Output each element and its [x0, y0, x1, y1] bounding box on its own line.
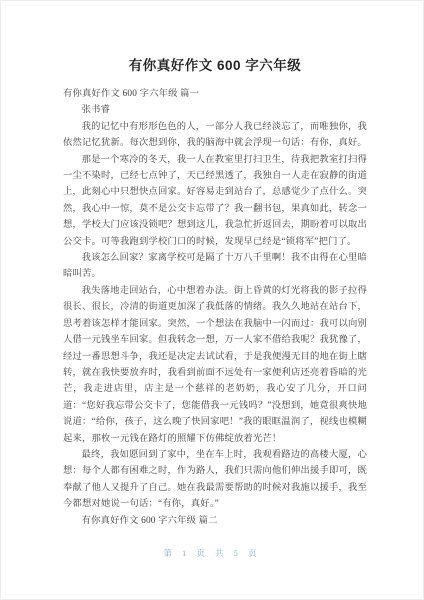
essay-paragraph: 我的记忆中有形形色色的人，一部分人我已经淡忘了，而唯独你，我依然记忆犹新。每次想… — [63, 119, 367, 152]
page-title: 有你真好作文 600 字六年级 — [63, 57, 367, 75]
section-heading-part1: 有你真好作文 600 字六年级 篇一 — [63, 86, 367, 102]
page-number-indicator: 第 1 页 共 5 页 — [1, 547, 423, 559]
essay-paragraph: 最终，我如愿回到了家中，坐在车上时，我观看路边的高楼大厦，心想：每个人都有困难之… — [63, 447, 367, 513]
section-heading-part2: 有你真好作文 600 字六年级 篇二 — [63, 513, 367, 529]
essay-paragraph: 那是一个寒冷的冬天，我一人在教室里打扫卫生，待我把教室打扫得一尘不染时，已经七点… — [63, 152, 367, 250]
author-name: 张书睿 — [63, 102, 367, 118]
essay-paragraph: 我该怎么回家？家离学校可是隔了十万八千里啊！我不由得在心里暗暗叫苦。 — [63, 250, 367, 283]
document-page: 有你真好作文 600 字六年级 有你真好作文 600 字六年级 篇一 张书睿 我… — [0, 0, 424, 600]
essay-paragraph: 我失落地走回站台，心中想着办法。街上昏黄的灯光将我的影子拉得很长、很长，冷清的街… — [63, 283, 367, 447]
